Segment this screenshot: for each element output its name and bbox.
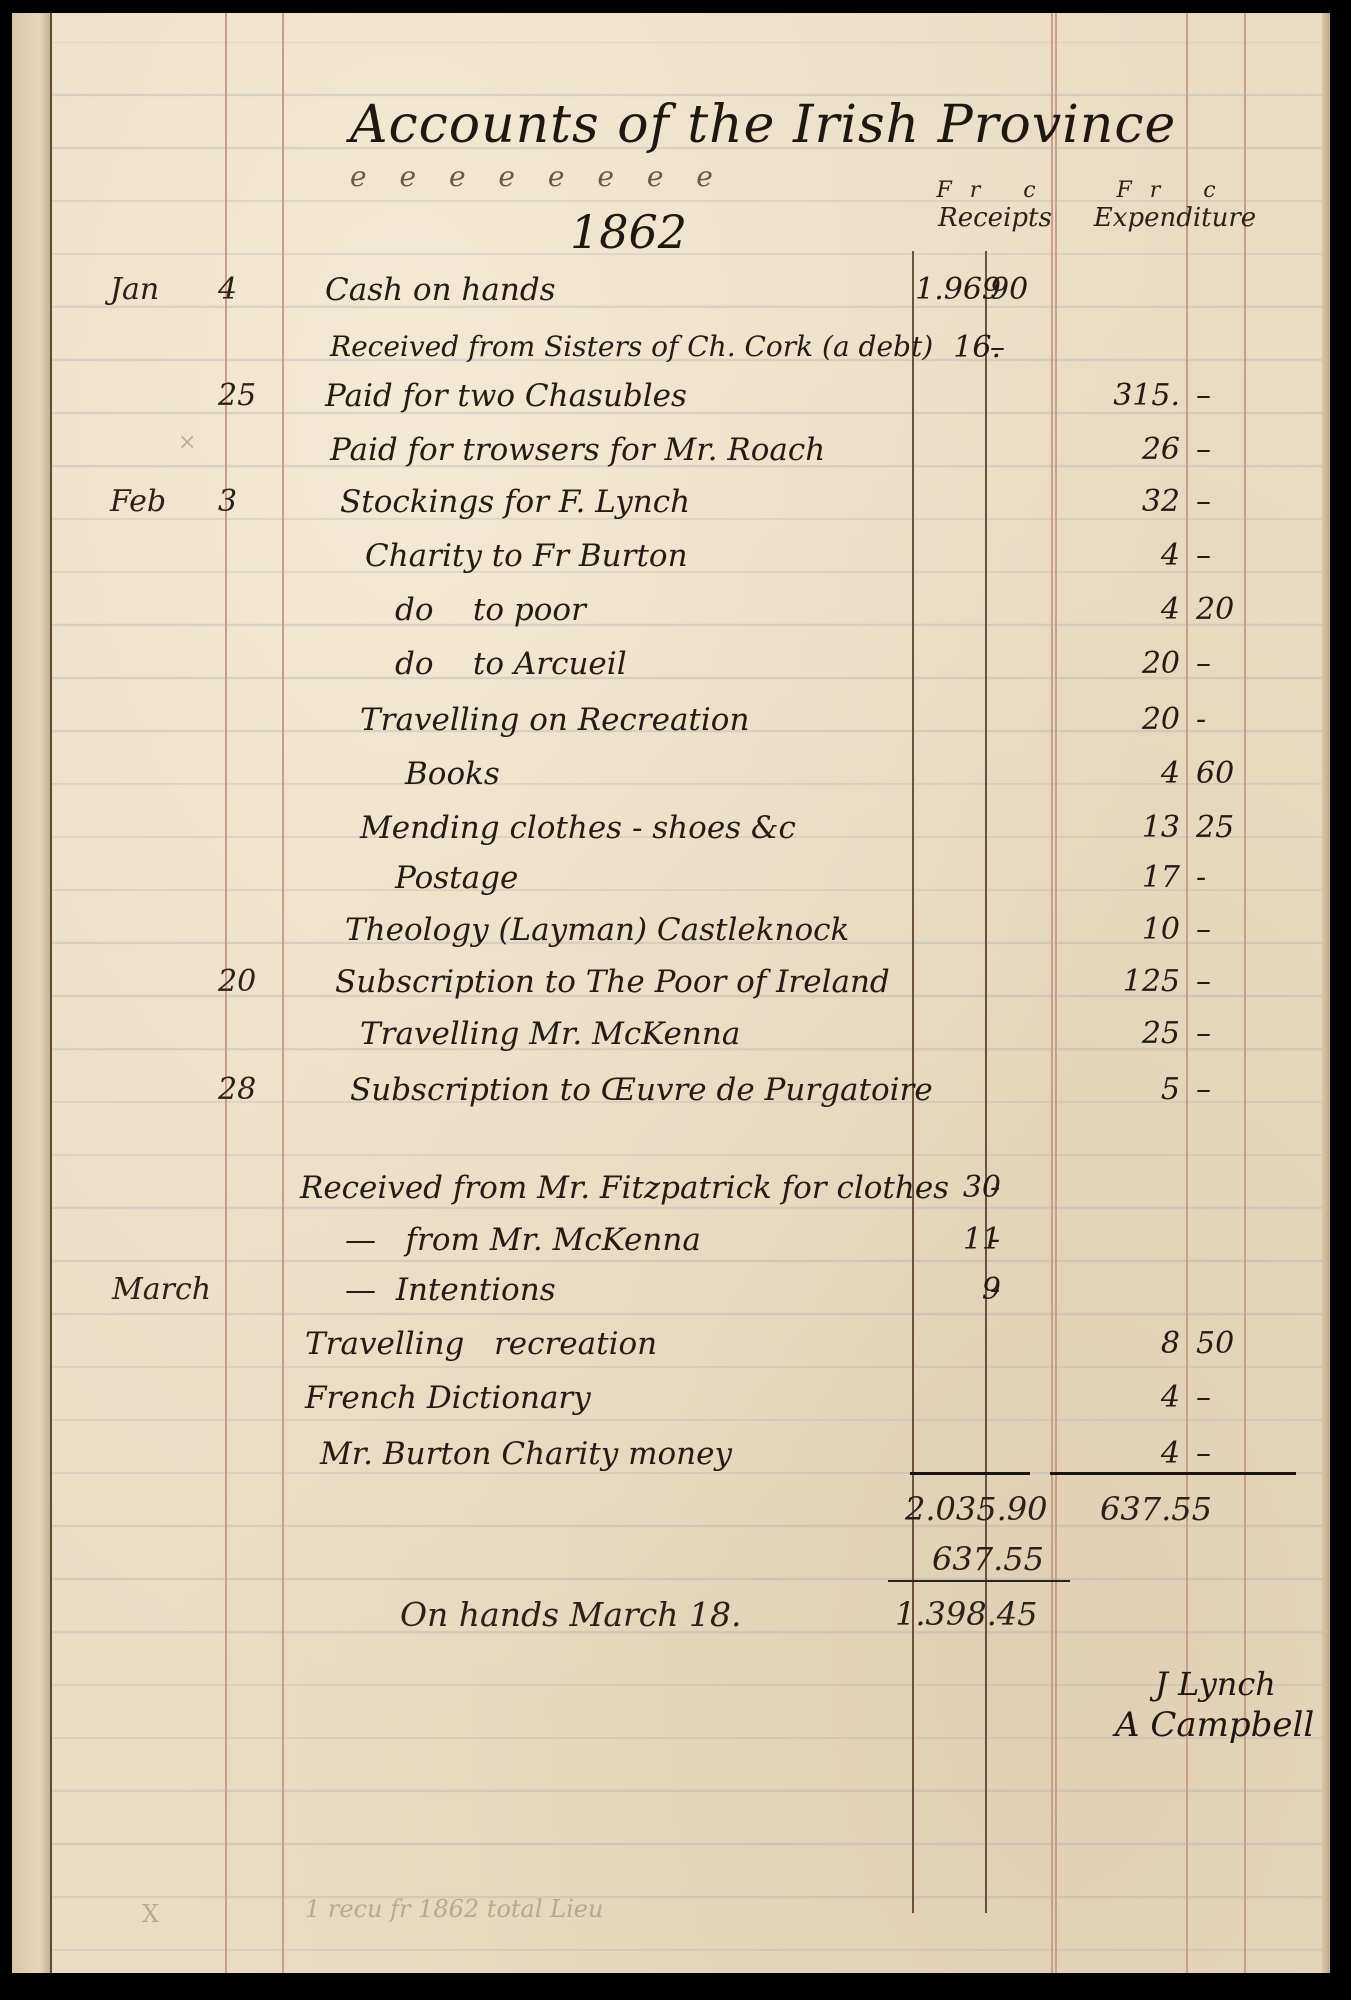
expense-centimes: – — [1196, 646, 1246, 681]
ledger-row: Feb 3 Stockings for F. Lynch 32 – — [0, 484, 1351, 534]
entry-description: French Dictionary — [305, 1380, 591, 1416]
expense-centimes: 25 — [1196, 810, 1246, 845]
entry-description: Mending clothes - shoes &c — [360, 810, 796, 846]
ledger-row: Mending clothes - shoes &c 13 25 — [0, 810, 1351, 860]
expense-francs: 125 — [1080, 964, 1180, 999]
signature-campbell: A Campbell — [1115, 1705, 1314, 1745]
signature-lynch: J Lynch — [1155, 1665, 1276, 1703]
ledger-row: Postage 17 - — [0, 860, 1351, 910]
expense-francs: 4 — [1080, 592, 1180, 627]
expense-francs: 4 — [1080, 756, 1180, 791]
ledger-row: Theology (Layman) Castleknock 10 – — [0, 912, 1351, 962]
entry-description: do to Arcueil — [395, 646, 627, 682]
expenditure-units: Fr c — [1075, 178, 1275, 203]
entry-day: 28 — [218, 1072, 256, 1107]
entry-day: 3 — [218, 484, 237, 519]
entry-description: — Intentions — [345, 1272, 556, 1308]
balance-rule — [888, 1580, 1070, 1582]
entry-description: Paid for two Chasubles — [325, 378, 687, 414]
entry-description: Stockings for F. Lynch — [340, 484, 690, 520]
receipt-francs: 16. — [891, 330, 1001, 365]
receipts-label: Receipts — [938, 203, 1052, 233]
entry-description: — from Mr. McKenna — [345, 1222, 701, 1258]
expense-centimes: – — [1196, 1072, 1246, 1107]
ledger-row: French Dictionary 4 – — [0, 1380, 1351, 1430]
receipt-francs: 30 — [891, 1170, 1001, 1205]
ledger-row: Travelling recreation 8 50 — [0, 1326, 1351, 1376]
ledger-row: Paid for trowsers for Mr. Roach 26 – — [0, 432, 1351, 482]
entry-description: Mr. Burton Charity money — [320, 1436, 732, 1472]
entry-description: Books — [405, 756, 500, 792]
entry-description: Received from Sisters of Ch. Cork (a deb… — [330, 330, 933, 363]
margin-x-mark-bottom: X — [142, 1900, 159, 1928]
entry-description: Cash on hands — [325, 272, 556, 308]
expenditure-label: Expenditure — [1094, 203, 1256, 233]
receipt-francs: 9 — [891, 1272, 1001, 1307]
expense-centimes: – — [1196, 378, 1246, 413]
expense-centimes: - — [1196, 860, 1246, 895]
expense-centimes: 20 — [1196, 592, 1246, 627]
expense-francs: 20 — [1080, 702, 1180, 737]
expense-francs: 4 — [1080, 1436, 1180, 1471]
receipts-total: 2.035.90 — [905, 1490, 1048, 1528]
ledger-row: Charity to Fr Burton 4 – — [0, 538, 1351, 588]
balance-label: On hands March 18. — [400, 1595, 741, 1634]
receipt-centimes: 90 — [990, 272, 1040, 307]
expense-francs: 5 — [1080, 1072, 1180, 1107]
expense-centimes: 60 — [1196, 756, 1246, 791]
expense-francs: 32 — [1080, 484, 1180, 519]
ledger-row: Received from Sisters of Ch. Cork (a deb… — [0, 330, 1351, 380]
less-expenditure: 637.55 — [932, 1540, 1044, 1578]
expense-centimes: 50 — [1196, 1326, 1246, 1361]
entry-day: 20 — [218, 964, 256, 999]
title-flourish: e e e e e e e e — [350, 160, 725, 193]
entry-description: Received from Mr. Fitzpatrick for clothe… — [300, 1170, 949, 1206]
receipt-centimes: - — [990, 1272, 1040, 1307]
entry-description: Theology (Layman) Castleknock — [345, 912, 849, 948]
expense-centimes: – — [1196, 964, 1246, 999]
page-title: Accounts of the Irish Province — [350, 95, 1176, 155]
ledger-row: Jan 4 Cash on hands 1.969 90 — [0, 272, 1351, 322]
receipts-units: Fr c — [935, 178, 1055, 203]
ledger-row: Books 4 60 — [0, 756, 1351, 806]
receipt-francs: 11 — [891, 1222, 1001, 1257]
receipt-centimes: - — [990, 1170, 1040, 1205]
expense-francs: 20 — [1080, 646, 1180, 681]
ledger-row: 28 Subscription to Œuvre de Purgatoire 5… — [0, 1072, 1351, 1122]
expenditure-total: 637.55 — [1100, 1490, 1212, 1528]
ledger-row: do to Arcueil 20 – — [0, 646, 1351, 696]
expense-francs: 10 — [1080, 912, 1180, 947]
entry-description: Travelling Mr. McKenna — [360, 1016, 740, 1052]
expense-francs: 4 — [1080, 538, 1180, 573]
expense-francs: 13 — [1080, 810, 1180, 845]
entry-month: March — [112, 1272, 211, 1307]
expense-francs: 315. — [1080, 378, 1180, 413]
expense-centimes: – — [1196, 1380, 1246, 1415]
entry-day: 25 — [218, 378, 256, 413]
entry-description: Postage — [395, 860, 518, 896]
entry-description: Travelling recreation — [305, 1326, 657, 1362]
expense-centimes: – — [1196, 1016, 1246, 1051]
expense-francs: 17 — [1080, 860, 1180, 895]
entry-description: Subscription to The Poor of Ireland — [335, 964, 890, 1000]
entry-description: do to poor — [395, 592, 586, 628]
expenditure-total-rule — [1050, 1472, 1296, 1475]
ledger-row: March — Intentions 9 - — [0, 1272, 1351, 1322]
ledger-row: — from Mr. McKenna 11 - — [0, 1222, 1351, 1272]
expense-centimes: – — [1196, 1436, 1246, 1471]
balance-amount: 1.398.45 — [895, 1595, 1038, 1633]
entry-description: Travelling on Recreation — [360, 702, 749, 738]
receipt-centimes: – — [990, 330, 1040, 365]
receipts-total-rule — [910, 1472, 1030, 1475]
receipt-centimes: - — [990, 1222, 1040, 1257]
entry-day: 4 — [218, 272, 237, 307]
margin-x-mark: × — [178, 430, 196, 455]
expense-centimes: - — [1196, 702, 1246, 737]
expense-francs: 26 — [1080, 432, 1180, 467]
expense-centimes: – — [1196, 912, 1246, 947]
expense-centimes: – — [1196, 538, 1246, 573]
receipt-francs: 1.969 — [891, 272, 1001, 307]
entry-description: Subscription to Œuvre de Purgatoire — [350, 1072, 933, 1108]
year-heading: 1862 — [570, 205, 687, 259]
ledger-row: Received from Mr. Fitzpatrick for clothe… — [0, 1170, 1351, 1220]
ledger-row: Travelling Mr. McKenna 25 – — [0, 1016, 1351, 1066]
entry-description: Paid for trowsers for Mr. Roach — [330, 432, 825, 468]
expense-centimes: – — [1196, 432, 1246, 467]
expense-francs: 4 — [1080, 1380, 1180, 1415]
expense-francs: 8 — [1080, 1326, 1180, 1361]
ledger-row: do to poor 4 20 — [0, 592, 1351, 642]
expense-centimes: – — [1196, 484, 1246, 519]
pencil-note: 1 recu fr 1862 total Lieu — [305, 1895, 603, 1923]
ledger-row: Mr. Burton Charity money 4 – — [0, 1436, 1351, 1486]
expenditure-header: Fr c Expenditure — [1075, 178, 1275, 233]
ledger-row: 20 Subscription to The Poor of Ireland 1… — [0, 964, 1351, 1014]
expense-francs: 25 — [1080, 1016, 1180, 1051]
entry-month: Feb — [110, 484, 166, 519]
ledger-row: Travelling on Recreation 20 - — [0, 702, 1351, 752]
entry-description: Charity to Fr Burton — [365, 538, 688, 574]
receipts-header: Fr c Receipts — [935, 178, 1055, 233]
ledger-row: 25 Paid for two Chasubles 315. – — [0, 378, 1351, 428]
entry-month: Jan — [110, 272, 159, 307]
